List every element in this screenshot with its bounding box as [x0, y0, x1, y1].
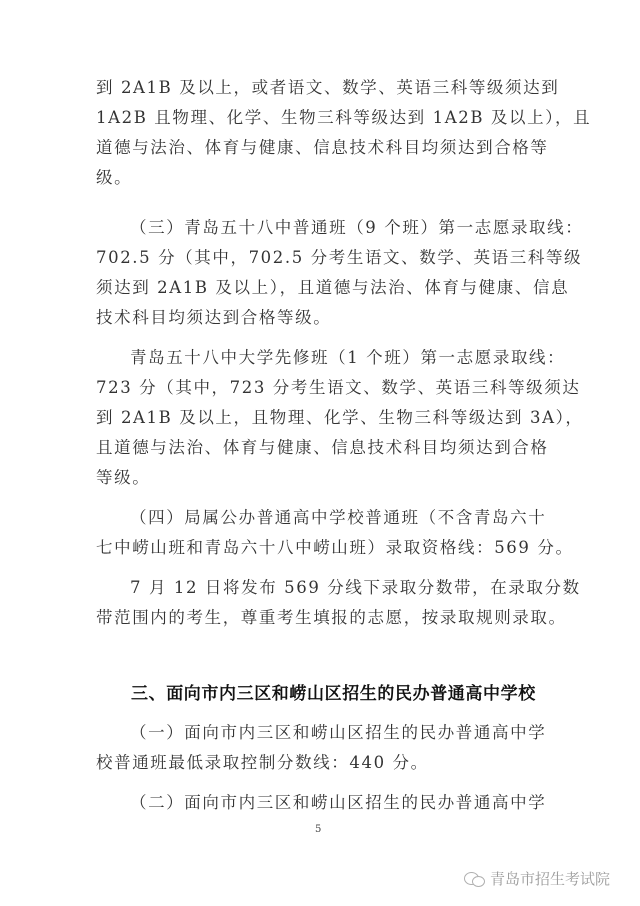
- text-line: 带范围内的考生，尊重考生填报的志愿，按录取规则录取。: [96, 608, 546, 628]
- text-line: 到 2A1B 及以上，且物理、化学、生物三科等级达到 3A），: [96, 408, 546, 428]
- watermark-text: 青岛市招生考试院: [490, 868, 610, 889]
- text-line: 青岛五十八中大学先修班（1 个班）第一志愿录取线：: [130, 348, 580, 368]
- text-line: 1A2B 且物理、化学、生物三科等级达到 1A2B 及以上），且: [96, 108, 546, 128]
- text-line: 723 分（其中，723 分考生语文、数学、英语三科等级须达: [96, 378, 546, 398]
- text-line: 技术科目均须达到合格等级。: [96, 308, 546, 328]
- text-line: （三）青岛五十八中普通班（9 个班）第一志愿录取线：: [130, 218, 580, 238]
- wechat-icon: [464, 871, 486, 887]
- watermark: 青岛市招生考试院: [464, 868, 610, 889]
- text-line: 702.5 分（其中，702.5 分考生语文、数学、英语三科等级: [96, 248, 546, 268]
- text-line: 须达到 2A1B 及以上），且道德与法治、体育与健康、信息: [96, 278, 546, 298]
- text-line: 道德与法治、体育与健康、信息技术科目均须达到合格等: [96, 138, 546, 158]
- text-line: 等级。: [96, 468, 546, 488]
- text-line: 校普通班最低录取控制分数线：440 分。: [96, 753, 546, 773]
- text-line: 7 月 12 日将发布 569 分线下录取分数带，在录取分数: [130, 578, 580, 598]
- text-line: 七中崂山班和青岛六十八中崂山班）录取资格线：569 分。: [96, 538, 546, 558]
- page-number: 5: [315, 824, 321, 835]
- text-line: 到 2A1B 及以上，或者语文、数学、英语三科等级须达到: [96, 78, 546, 98]
- text-line: （二）面向市内三区和崂山区招生的民办普通高中学: [130, 793, 580, 813]
- text-line: 且道德与法治、体育与健康、信息技术科目均须达到合格: [96, 438, 546, 458]
- text-line: 级。: [96, 168, 546, 188]
- section-heading: 三、面向市内三区和崂山区招生的民办普通高中学校: [131, 679, 536, 704]
- text-line: （四）局属公办普通高中学校普通班（不含青岛六十: [130, 508, 580, 528]
- text-line: （一）面向市内三区和崂山区招生的民办普通高中学: [130, 723, 580, 743]
